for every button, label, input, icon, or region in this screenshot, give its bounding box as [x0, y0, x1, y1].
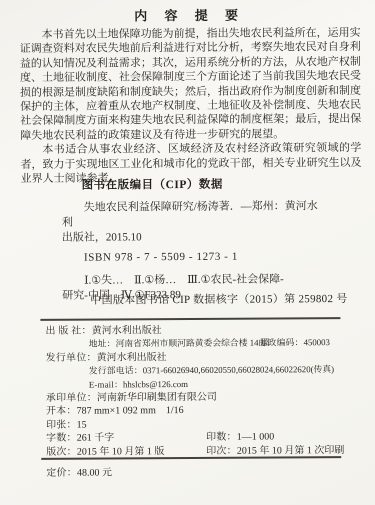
- price-value: 48.00 元: [77, 467, 112, 478]
- impression-label: 印次：: [206, 445, 237, 456]
- top-divider: [40, 317, 340, 321]
- edition-value: 2015 年 10 月第 1 版: [77, 446, 165, 458]
- cip-class-line1: Ⅰ.①失… Ⅱ.①杨… Ⅲ.①农民-社会保障-: [62, 272, 322, 289]
- address-label: 地址：: [89, 339, 116, 349]
- price-row: 定价：48.00 元: [46, 463, 112, 478]
- cip-block: 图书在版编目（CIP）数据 失地农民利益保障研究/杨涛著．—郑州：黄河水利 出版…: [62, 177, 323, 304]
- phone-label: 发行部电话：: [89, 365, 143, 375]
- printer-label: 承印单位：: [46, 393, 97, 404]
- summary-paragraph-1: 本书首先以土地保障功能为前提，指出失地农民利益所在，运用实证调查资料对农民失地前…: [20, 26, 362, 143]
- words-label: 字数：: [46, 433, 77, 444]
- postcode-cell: 邮政编码：450003: [259, 337, 330, 351]
- format-label: 开本：: [46, 406, 77, 417]
- publisher-value: 黄河水利出版社: [92, 325, 162, 336]
- edition-label: 版次：: [46, 446, 77, 457]
- cip-record-number: 中国版本图书馆 CIP 数据核字（2015）第 259802 号: [0, 290, 375, 308]
- price-label: 定价：: [46, 468, 77, 479]
- format-value: 787 mm×1 092 mm 1/16: [77, 405, 184, 417]
- email-value: hhslcbs@126.com: [123, 379, 188, 389]
- address-value: 河南省郑州市顺河路黄委会综合楼 14 层: [116, 338, 270, 349]
- cip-title-line2: 出版社，2015.10: [62, 229, 322, 246]
- summary-title: 内 容 提 要: [0, 4, 374, 25]
- impression-value: 2015 年 10 月第 1 次印刷: [237, 445, 345, 457]
- page-content: 内 容 提 要 本书首先以土地保障功能为前提，指出失地农民利益所在，运用实证调查…: [0, 0, 375, 505]
- postcode-value: 450003: [304, 338, 330, 348]
- copies-label: 印数：: [206, 432, 237, 443]
- copies-cell: 印数：1—1 000: [206, 431, 274, 445]
- sheets-label: 印张：: [46, 420, 77, 431]
- postcode-label: 邮政编码：: [259, 338, 304, 348]
- cip-title-line1: 失地农民利益保障研究/杨涛著．—郑州：黄河水利: [62, 199, 322, 231]
- email-label: E-mail：: [89, 379, 123, 389]
- phone-value: 0371-66026940,66020550,66028024,66022620…: [143, 364, 334, 375]
- printer-value: 河南新华印刷集团有限公司: [97, 392, 217, 404]
- distributor-label: 发行单位：: [46, 352, 97, 363]
- cip-heading: 图书在版编目（CIP）数据: [82, 177, 322, 193]
- book-copyright-page: 内 容 提 要 本书首先以土地保障功能为前提，指出失地农民利益所在，运用实证调查…: [0, 0, 375, 505]
- words-value: 261 千字: [77, 433, 115, 444]
- cip-isbn: ISBN 978 - 7 - 5509 - 1273 - 1: [62, 249, 322, 266]
- summary-body: 本书首先以土地保障功能为前提，指出失地农民利益所在，运用实证调查资料对农民失地前…: [20, 26, 362, 187]
- bottom-divider: [41, 456, 341, 460]
- distributor-value: 黄河水利出版社: [97, 352, 167, 363]
- copies-value: 1—1 000: [237, 432, 275, 443]
- colophon-block: 出 版 社：黄河水利出版社 地址：河南省郑州市顺河路黄委会综合楼 14 层 邮政…: [45, 323, 356, 459]
- sheets-value: 15: [77, 419, 87, 430]
- publisher-label: 出 版 社：: [45, 326, 91, 337]
